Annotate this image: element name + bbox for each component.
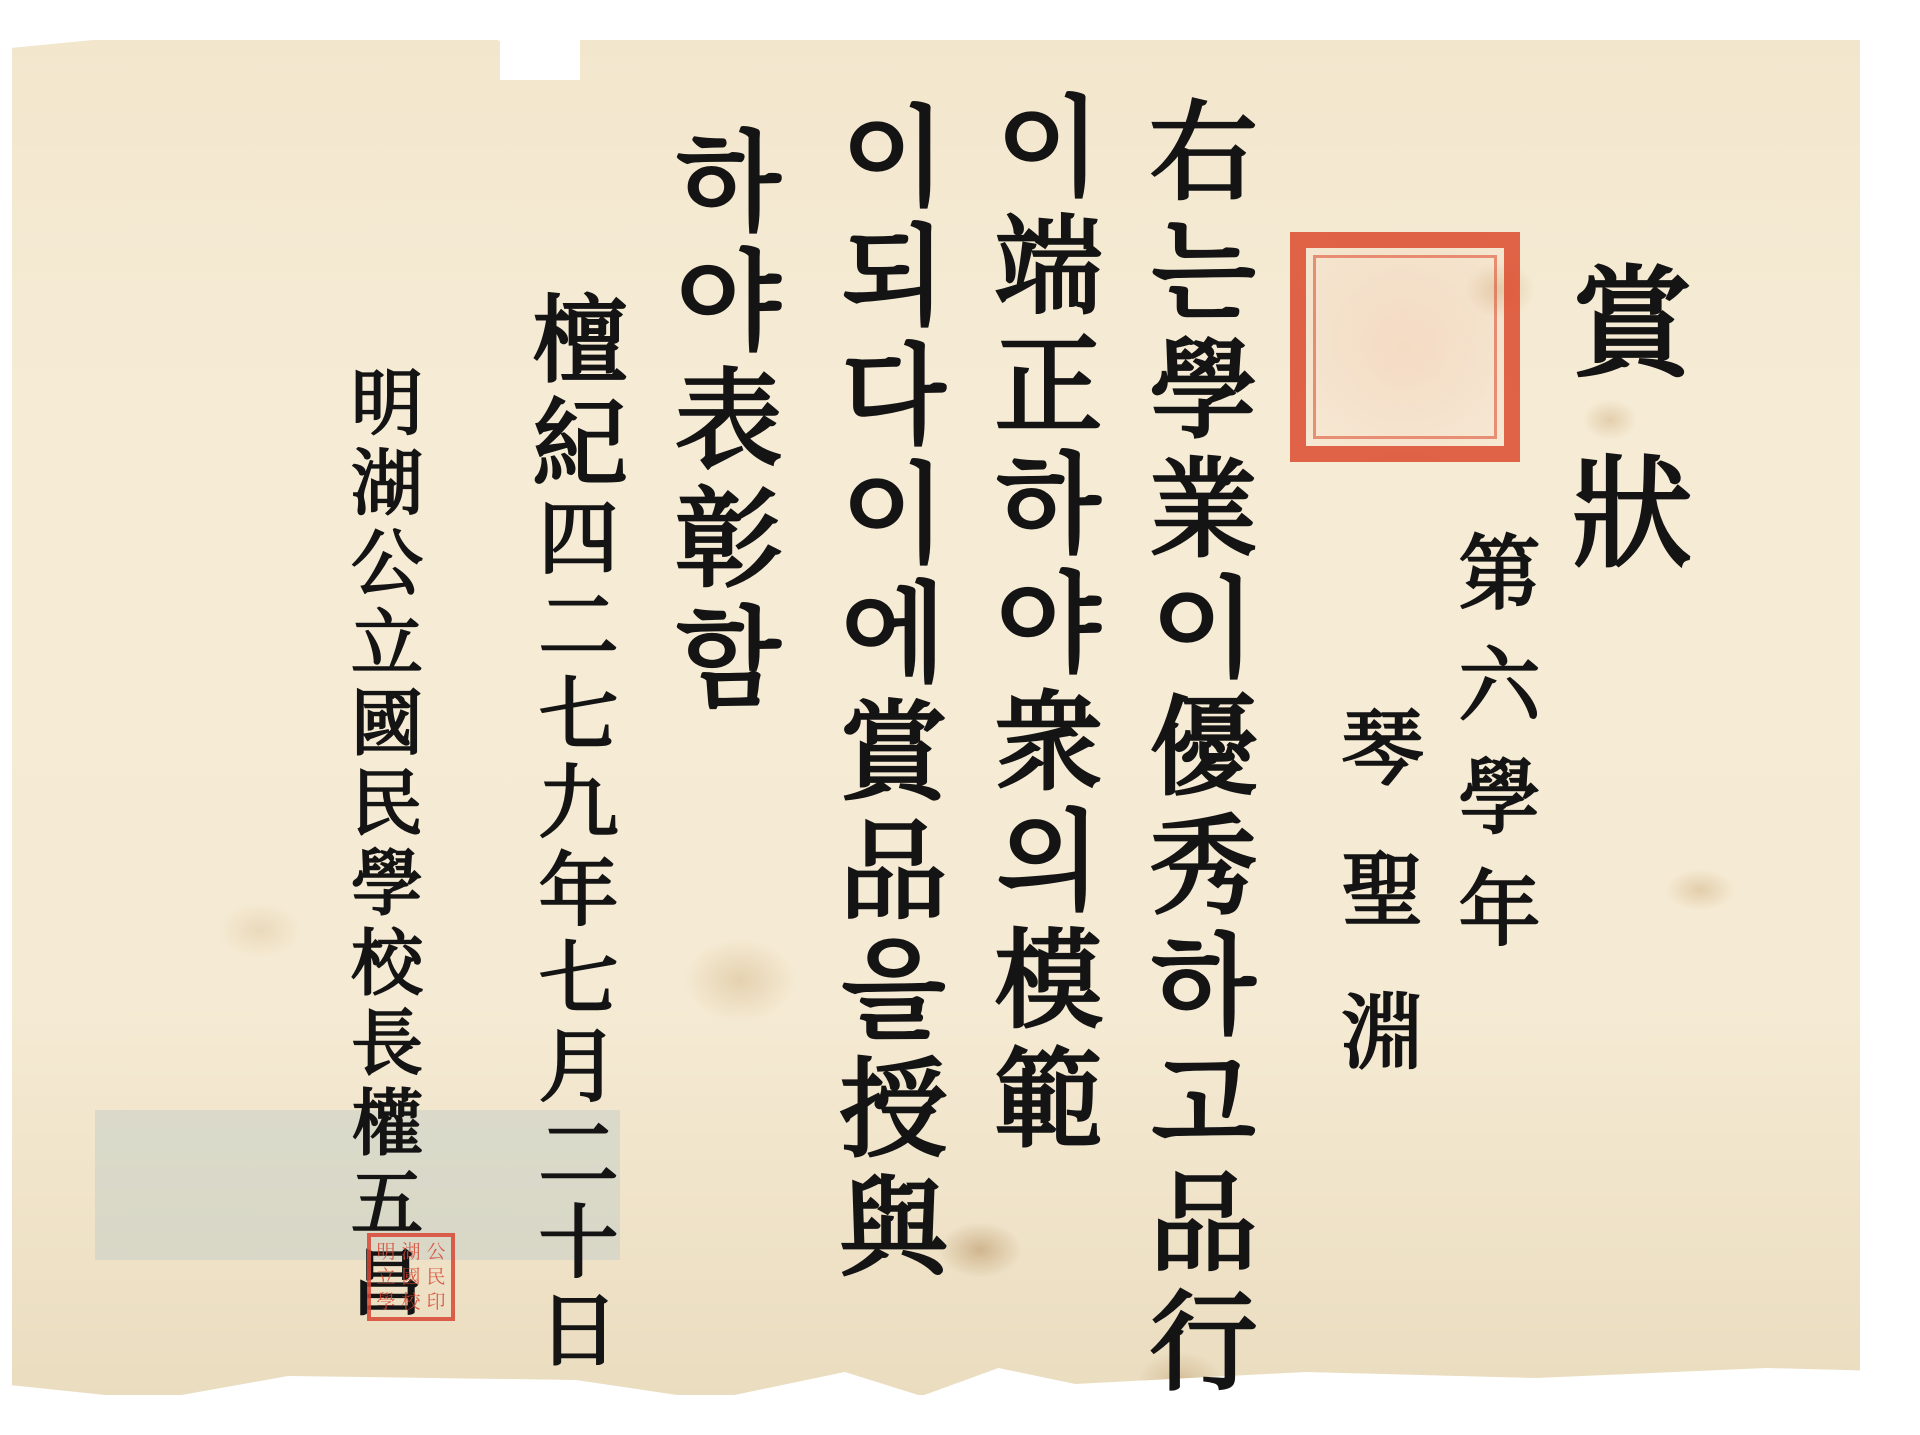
seal-glyph: 立 [374, 1265, 398, 1289]
seal-glyph: 湖 [399, 1240, 423, 1264]
right-margin [1860, 0, 1920, 1435]
certificate-title: 賞狀 [1562, 260, 1682, 640]
bottom-margin [0, 1395, 1920, 1435]
seal-glyph: 民 [424, 1265, 448, 1289]
large-red-seal [1290, 232, 1520, 462]
issue-date: 檀紀四二七九年七月二十日 [525, 290, 620, 1376]
date-text: 四二七九年七月二十日 [525, 496, 619, 1376]
certificate-paper: 賞狀 第六學年 琴聖淵 右는學業이優秀하고品行 이端正하야衆의模範 이되다이에賞… [0, 0, 1920, 1435]
body-text-line-1: 右는學業이優秀하고品行 [1140, 95, 1248, 1404]
seal-glyph: 印 [424, 1290, 448, 1314]
recipient-grade: 第六學年 [1452, 530, 1534, 978]
issuer-signature: 明湖公立國民學校長權五昌 [345, 365, 417, 1325]
torn-gap-top [500, 40, 580, 80]
small-red-seal: 明 湖 公 立 國 民 學 校 印 [367, 1233, 455, 1321]
date-era: 檀紀 [517, 290, 628, 496]
seal-glyph: 校 [399, 1290, 423, 1314]
body-text-line-3: 이되다이에賞品을授與 [830, 100, 938, 1290]
issuer-school-title: 明湖公立國民學校長 [339, 365, 424, 1085]
seal-glyph: 明 [374, 1240, 398, 1264]
body-text-line-2: 이端正하야衆의模範 [985, 90, 1093, 1161]
recipient-name: 琴聖淵 [1335, 705, 1417, 1131]
seal-glyph: 公 [424, 1240, 448, 1264]
body-text-line-4: 하야表彰함 [665, 125, 773, 720]
left-margin [0, 0, 12, 1435]
seal-glyph: 學 [374, 1290, 398, 1314]
seal-glyph: 國 [399, 1265, 423, 1289]
